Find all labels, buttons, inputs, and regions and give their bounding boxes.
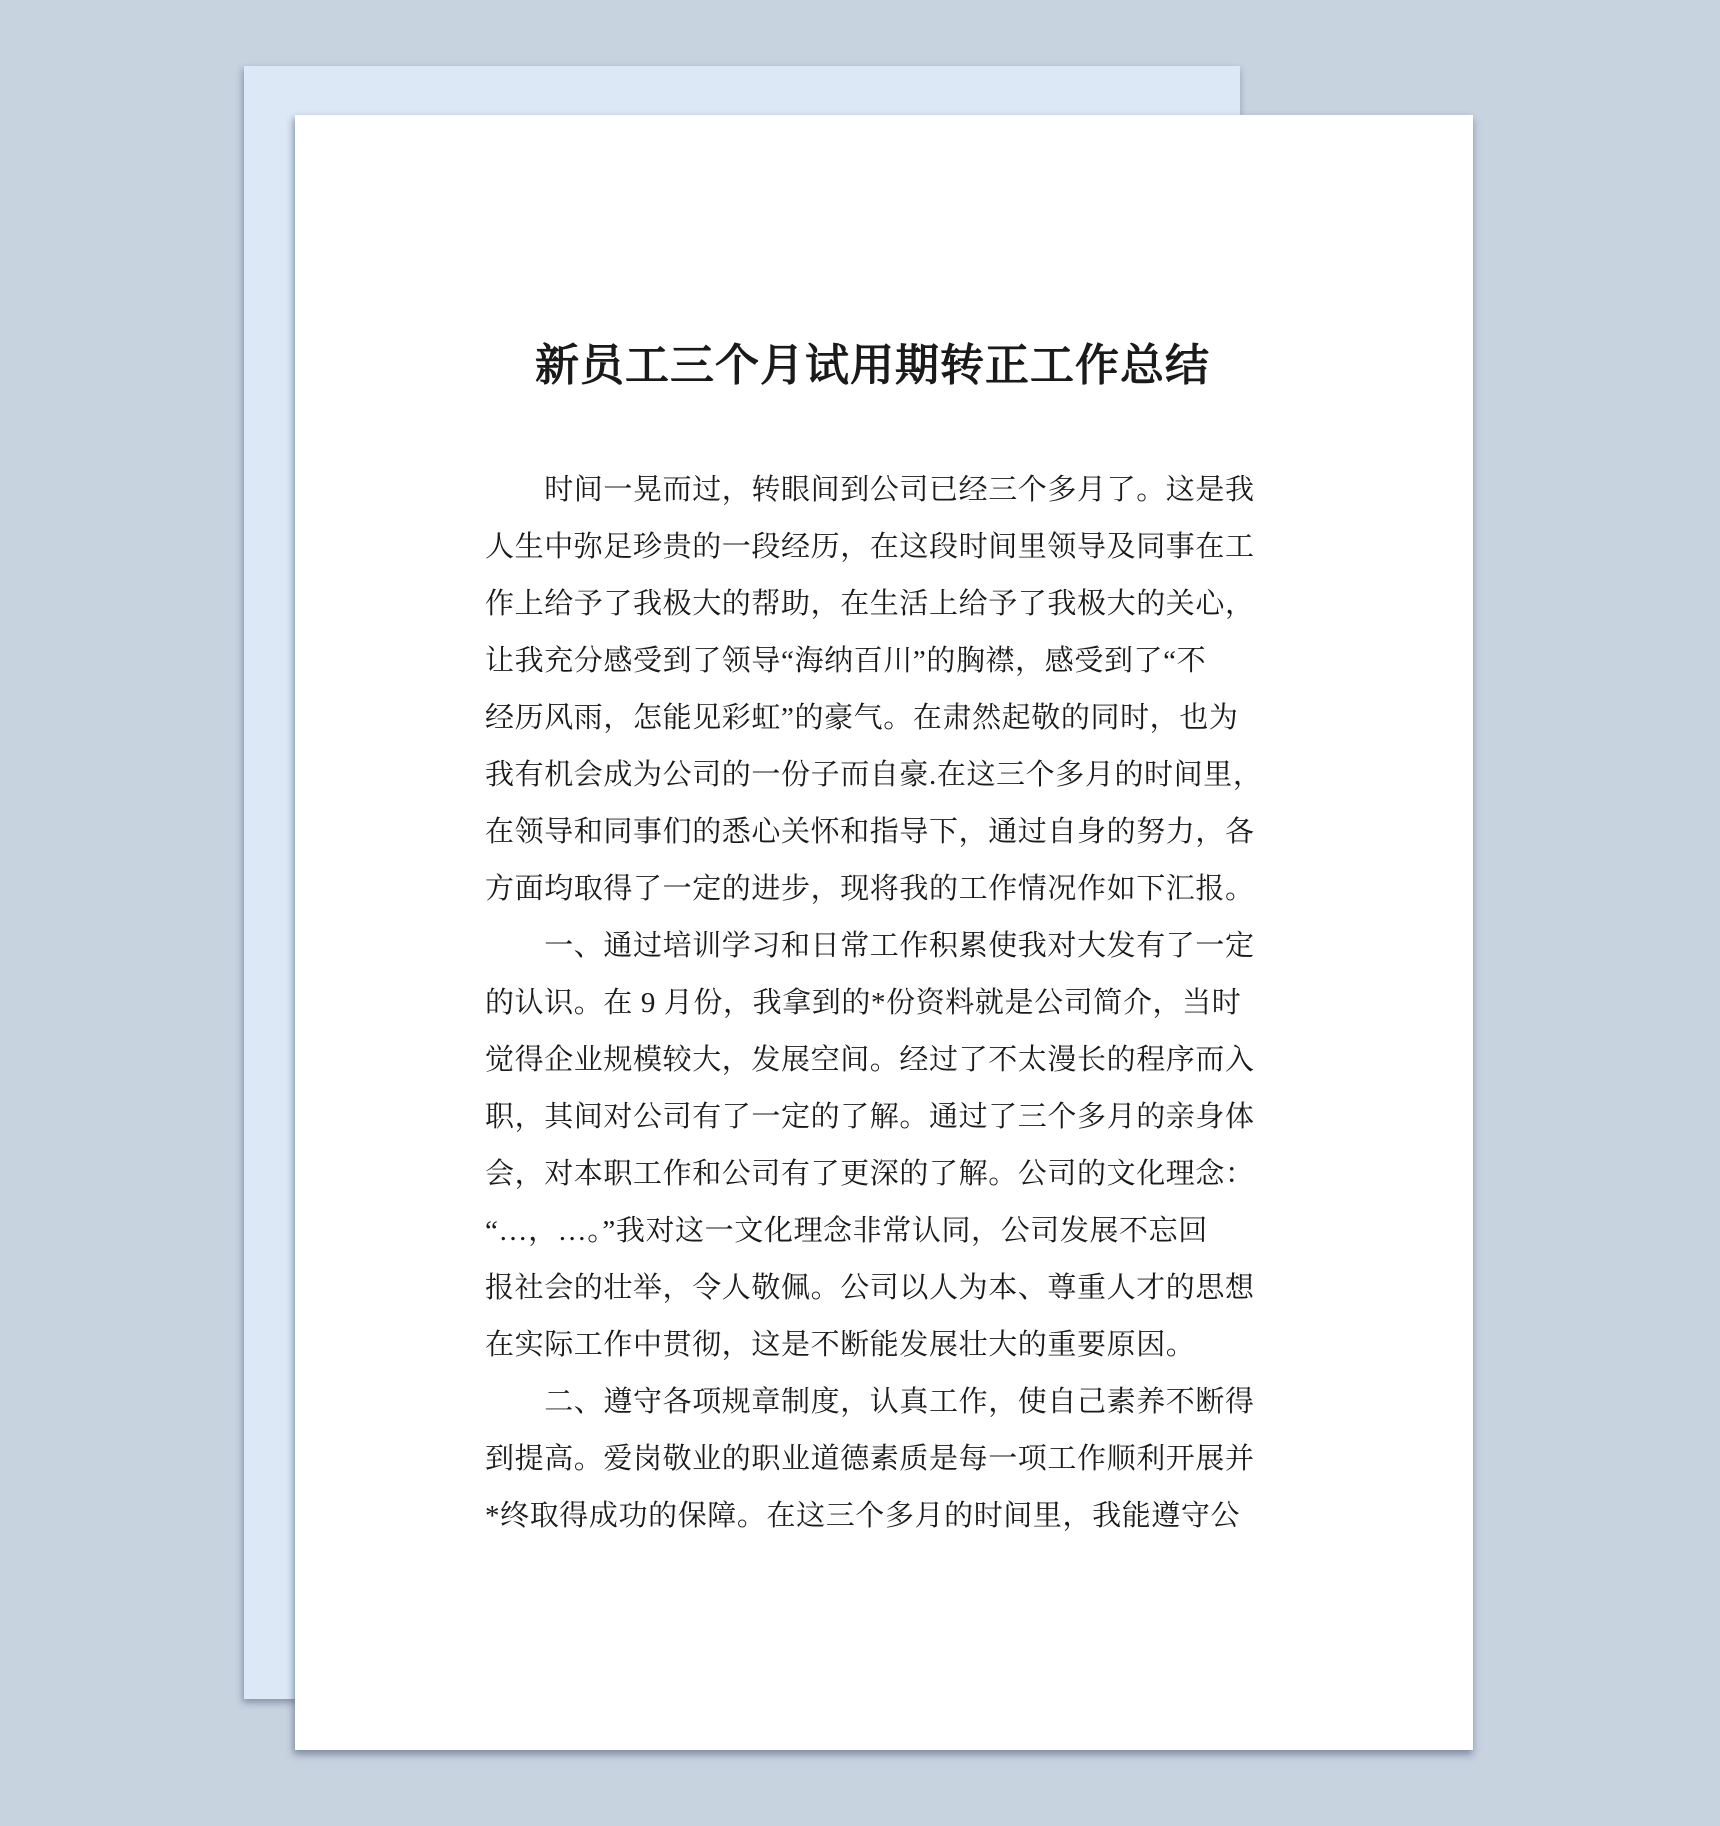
document-text-line: 在实际工作中贯彻，这是不断能发展壮大的重要原因。 [485, 1317, 1260, 1374]
document-text-line: 觉得企业规模较大，发展空间。经过了不太漫长的程序而入 [485, 1032, 1260, 1089]
document-title: 新员工三个月试用期转正工作总结 [485, 340, 1260, 392]
page-content-area: 新员工三个月试用期转正工作总结 时间一晃而过，转眼间到公司已经三个多月了。这是我… [485, 115, 1260, 1750]
document-text-line: 让我充分感受到了领导“海纳百川”的胸襟，感受到了“不 [485, 633, 1260, 690]
document-text-line: 的认识。在 9 月份，我拿到的*份资料就是公司简介，当时 [485, 975, 1260, 1032]
document-text-line: 人生中弥足珍贵的一段经历，在这段时间里领导及同事在工 [485, 519, 1260, 576]
document-text-line: 作上给予了我极大的帮助，在生活上给予了我极大的关心， [485, 576, 1260, 633]
document-text-line: 到提高。爱岗敬业的职业道德素质是每一项工作顺利开展并 [485, 1431, 1260, 1488]
document-page: 新员工三个月试用期转正工作总结 时间一晃而过，转眼间到公司已经三个多月了。这是我… [295, 115, 1473, 1750]
document-text-line: 报社会的壮举，令人敬佩。公司以人为本、尊重人才的思想 [485, 1260, 1260, 1317]
document-text-line: 方面均取得了一定的进步，现将我的工作情况作如下汇报。 [485, 861, 1260, 918]
document-text-line: 一、通过培训学习和日常工作积累使我对大发有了一定 [485, 918, 1260, 975]
document-text-line: 在领导和同事们的悉心关怀和指导下，通过自身的努力，各 [485, 804, 1260, 861]
document-text-line: 二、遵守各项规章制度，认真工作，使自己素养不断得 [485, 1374, 1260, 1431]
document-text-line: *终取得成功的保障。在这三个多月的时间里，我能遵守公 [485, 1488, 1260, 1545]
desktop-background: 新员工三个月试用期转正工作总结 时间一晃而过，转眼间到公司已经三个多月了。这是我… [0, 0, 1720, 1826]
document-text-line: 职，其间对公司有了一定的了解。通过了三个多月的亲身体 [485, 1089, 1260, 1146]
document-text-line: 会，对本职工作和公司有了更深的了解。公司的文化理念： [485, 1146, 1260, 1203]
document-body: 时间一晃而过，转眼间到公司已经三个多月了。这是我人生中弥足珍贵的一段经历，在这段… [485, 462, 1260, 1545]
document-text-line: “…，…。”我对这一文化理念非常认同，公司发展不忘回 [485, 1203, 1260, 1260]
document-text-line: 我有机会成为公司的一份子而自豪.在这三个多月的时间里， [485, 747, 1260, 804]
document-text-line: 时间一晃而过，转眼间到公司已经三个多月了。这是我 [485, 462, 1260, 519]
document-text-line: 经历风雨，怎能见彩虹”的豪气。在肃然起敬的同时，也为 [485, 690, 1260, 747]
